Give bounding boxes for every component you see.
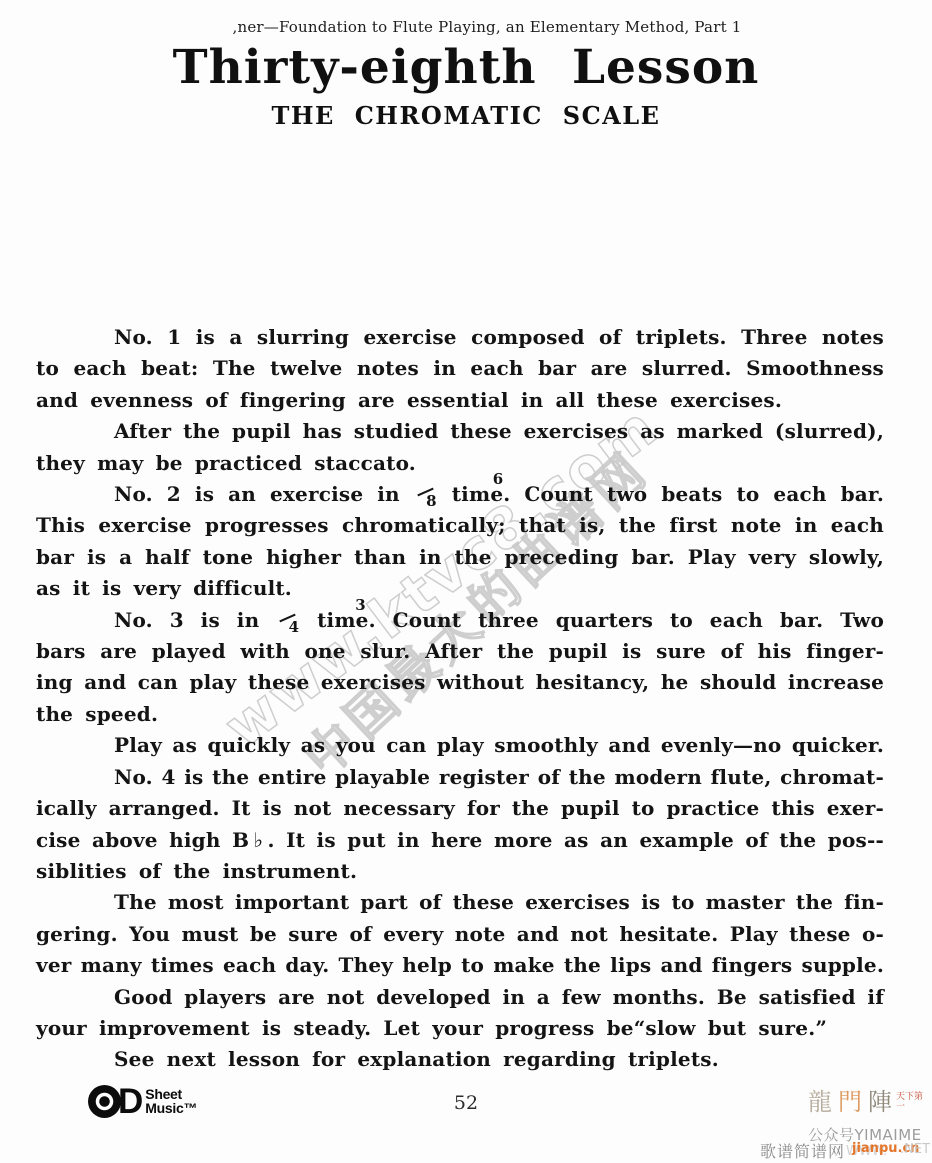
faint-url-suffix: .NET <box>900 1142 930 1157</box>
text-line: Good players are not developed in a few … <box>36 982 884 1013</box>
corner-watermarks: 龍 門 陣 天下第一 公众号YIMAIME 歌谱简谱网 WWW. jianpu.… <box>748 1078 930 1163</box>
longmenzhen-watermark-char: 龍 <box>808 1082 832 1117</box>
running-head: ,ner—Foundation to Flute Playing, an Ele… <box>0 18 932 36</box>
page-title: Thirty-eighth Lesson <box>0 40 932 95</box>
longmenzhen-watermark-char: 陣 <box>868 1082 892 1117</box>
text-line: Play as quickly as you can play smoothly… <box>36 730 884 761</box>
text-line: No. 1 is a slurring exercise composed of… <box>36 322 884 353</box>
text-line: siblities of the instrument. <box>36 856 884 887</box>
time-signature-fraction: 68 <box>414 480 438 506</box>
scanned-book-page: www.ktvc8.com 中国最大的曲谱网 ,ner—Foundation t… <box>0 0 932 1163</box>
text-line: your improvement is steady. Let your pro… <box>36 1013 884 1044</box>
text-line: ically arranged. It is not necessary for… <box>36 793 884 824</box>
text-line: bar is a half tone higher than in the pr… <box>36 542 884 573</box>
text-line: and evenness of fingering are essential … <box>36 385 884 416</box>
longmenzhen-watermark-char: 門 <box>838 1082 862 1117</box>
text-line: the speed. <box>36 699 884 730</box>
text-line: to each beat: The twelve notes in each b… <box>36 353 884 384</box>
lesson-text: No. 1 is a slurring exercise composed of… <box>36 322 884 1076</box>
text-line: bars are played with one slur. After the… <box>36 636 884 667</box>
text-line: No. 4 is the entire playable register of… <box>36 762 884 793</box>
text-line: No. 2 is an exercise in 68 time. Count t… <box>36 479 884 510</box>
site-name-watermark: 歌谱简谱网 <box>760 1139 845 1162</box>
text-line: This exercise progresses chromatically; … <box>36 510 884 541</box>
text-line: ing and can play these exercises without… <box>36 667 884 698</box>
text-line: ver many times each day. They help to ma… <box>36 950 884 981</box>
text-line: The most important part of these exercis… <box>36 887 884 918</box>
text-line: See next lesson for explanation regardin… <box>36 1044 884 1075</box>
text-line: cise above high B♭. It is put in here mo… <box>36 825 884 856</box>
text-line: gering. You must be sure of every note a… <box>36 919 884 950</box>
text-line: No. 3 is in 34 time. Count three quarter… <box>36 605 884 636</box>
text-line: After the pupil has studied these exerci… <box>36 416 884 447</box>
page-subtitle: THE CHROMATIC SCALE <box>0 101 932 130</box>
time-signature-fraction: 34 <box>276 606 300 632</box>
seal-text: 天下第一 <box>896 1092 926 1112</box>
text-line: as it is very difficult. <box>36 573 884 604</box>
